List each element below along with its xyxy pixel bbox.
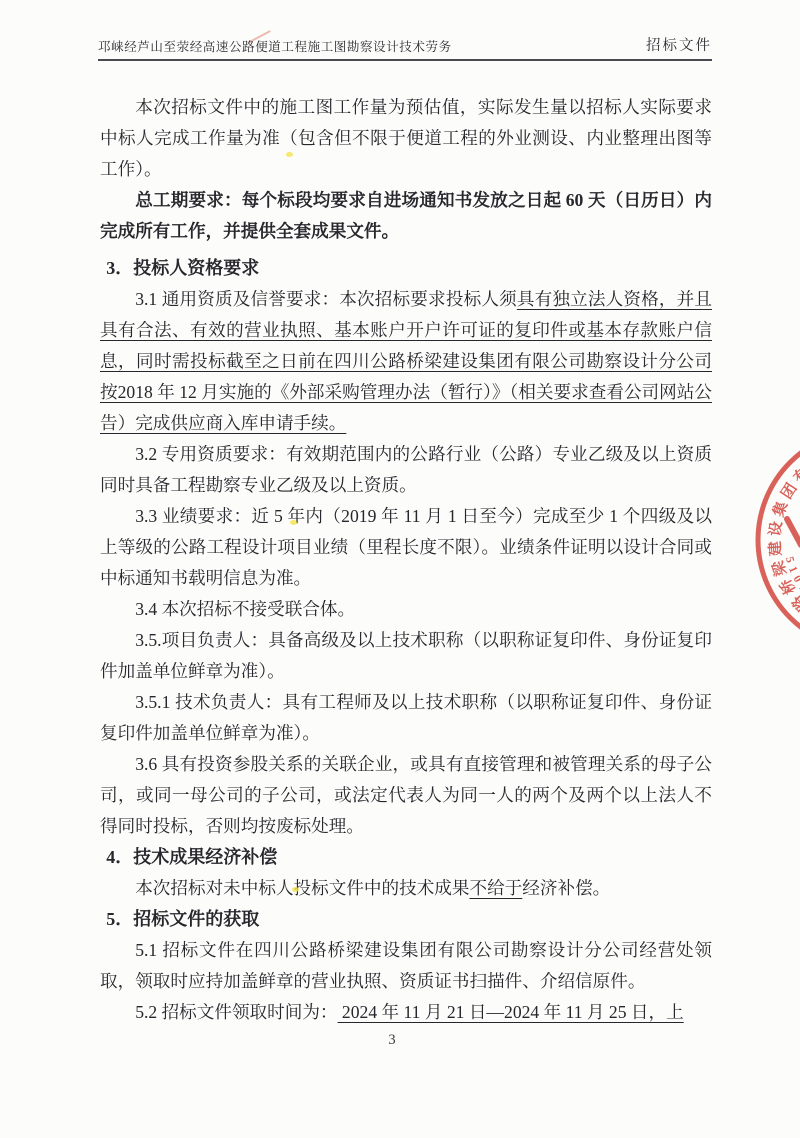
document-body: 本次招标文件中的施工图工作量为预估值，实际发生量以招标人实际要求中标人完成工作量… [100, 92, 712, 1028]
company-seal-stamp: 四川公路桥梁建设集团有限公司 51010 [750, 424, 800, 664]
section-3-heading: 3．投标人资格要求 [100, 253, 712, 284]
section-4-heading: 4．技术成果经济补偿 [100, 842, 712, 873]
paragraph-3-5: 3.5.项目负责人：具备高级及以上技术职称（以职称证复印件、身份证复印件加盖单位… [100, 625, 712, 687]
paragraph-3-4: 3.4 本次招标不接受联合体。 [100, 594, 712, 625]
highlight-speck [292, 887, 299, 892]
document-page: 邛崃经芦山至荥经高速公路便道工程施工图勘察设计技术劳务 招标文件 本次招标文件中… [0, 0, 800, 1138]
paragraph-3-3: 3.3 业绩要求：近 5 年内（2019 年 11 月 1 日至今）完成至少 1… [100, 501, 712, 594]
page-number: 3 [0, 1032, 784, 1049]
header-doc-type: 招标文件 [646, 34, 712, 55]
svg-text:51010: 51010 [783, 555, 800, 605]
p4-lead-text: 本次招标对未中标人投标文件中的技术成果 [135, 878, 469, 898]
svg-text:四川公路桥梁建设集团有限公司: 四川公路桥梁建设集团有限公司 [766, 438, 800, 641]
paragraph-3-6: 3.6 具有投资参股关系的关联企业，或具有直接管理和被管理关系的母子公司，或同一… [100, 749, 712, 842]
seal-inner-star-fragment [787, 519, 800, 545]
highlight-speck [290, 520, 297, 525]
paragraph-5-2: 5.2 招标文件领取时间为： 2024 年 11 月 21 日—2024 年 1… [100, 997, 712, 1028]
seal-outer-ring [758, 430, 800, 650]
p4-underlined-text: 不给于 [469, 878, 522, 898]
page-header: 邛崃经芦山至荥经高速公路便道工程施工图勘察设计技术劳务 招标文件 [98, 34, 712, 61]
header-project-title: 邛崃经芦山至荥经高速公路便道工程施工图勘察设计技术劳务 [98, 37, 452, 55]
paragraph-3-2: 3.2 专用资质要求：有效期范围内的公路行业（公路）专业乙级及以上资质同时具备工… [100, 439, 712, 501]
seal-code-digits: 51010 [783, 555, 800, 605]
p31-lead-text: 3.1 通用资质及信誉要求：本次招标要求投标人须 [135, 289, 517, 309]
p52-underlined-date: 2024 年 11 月 21 日—2024 年 11 月 25 日，上 [338, 1002, 684, 1022]
paragraph-5-1: 5.1 招标文件在四川公路桥梁建设集团有限公司勘察设计分公司经营处领取，领取时应… [100, 935, 712, 997]
paragraph-duration-requirement: 总工期要求：每个标段均要求自进场通知书发放之日起 60 天（日历日）内完成所有工… [100, 185, 712, 247]
section-5-heading: 5．招标文件的获取 [100, 904, 712, 935]
seal-company-text: 四川公路桥梁建设集团有限公司 [766, 438, 800, 641]
paragraph-workload: 本次招标文件中的施工图工作量为预估值，实际发生量以招标人实际要求中标人完成工作量… [100, 92, 712, 185]
highlight-speck [286, 152, 293, 157]
p31-underlined-text: 具有独立法人资格，并且具有合法、有效的营业执照、基本账户开户许可证的复印件或基本… [100, 289, 712, 433]
p52-lead-text: 5.2 招标文件领取时间为： [135, 1002, 337, 1022]
paragraph-3-1: 3.1 通用资质及信誉要求：本次招标要求投标人须具有独立法人资格，并且具有合法、… [100, 284, 712, 439]
paragraph-4: 本次招标对未中标人投标文件中的技术成果不给于经济补偿。 [100, 873, 712, 904]
paragraph-3-5-1: 3.5.1 技术负责人：具有工程师及以上技术职称（以职称证复印件、身份证复印件加… [100, 687, 712, 749]
p4-tail-text: 经济补偿。 [522, 878, 610, 898]
